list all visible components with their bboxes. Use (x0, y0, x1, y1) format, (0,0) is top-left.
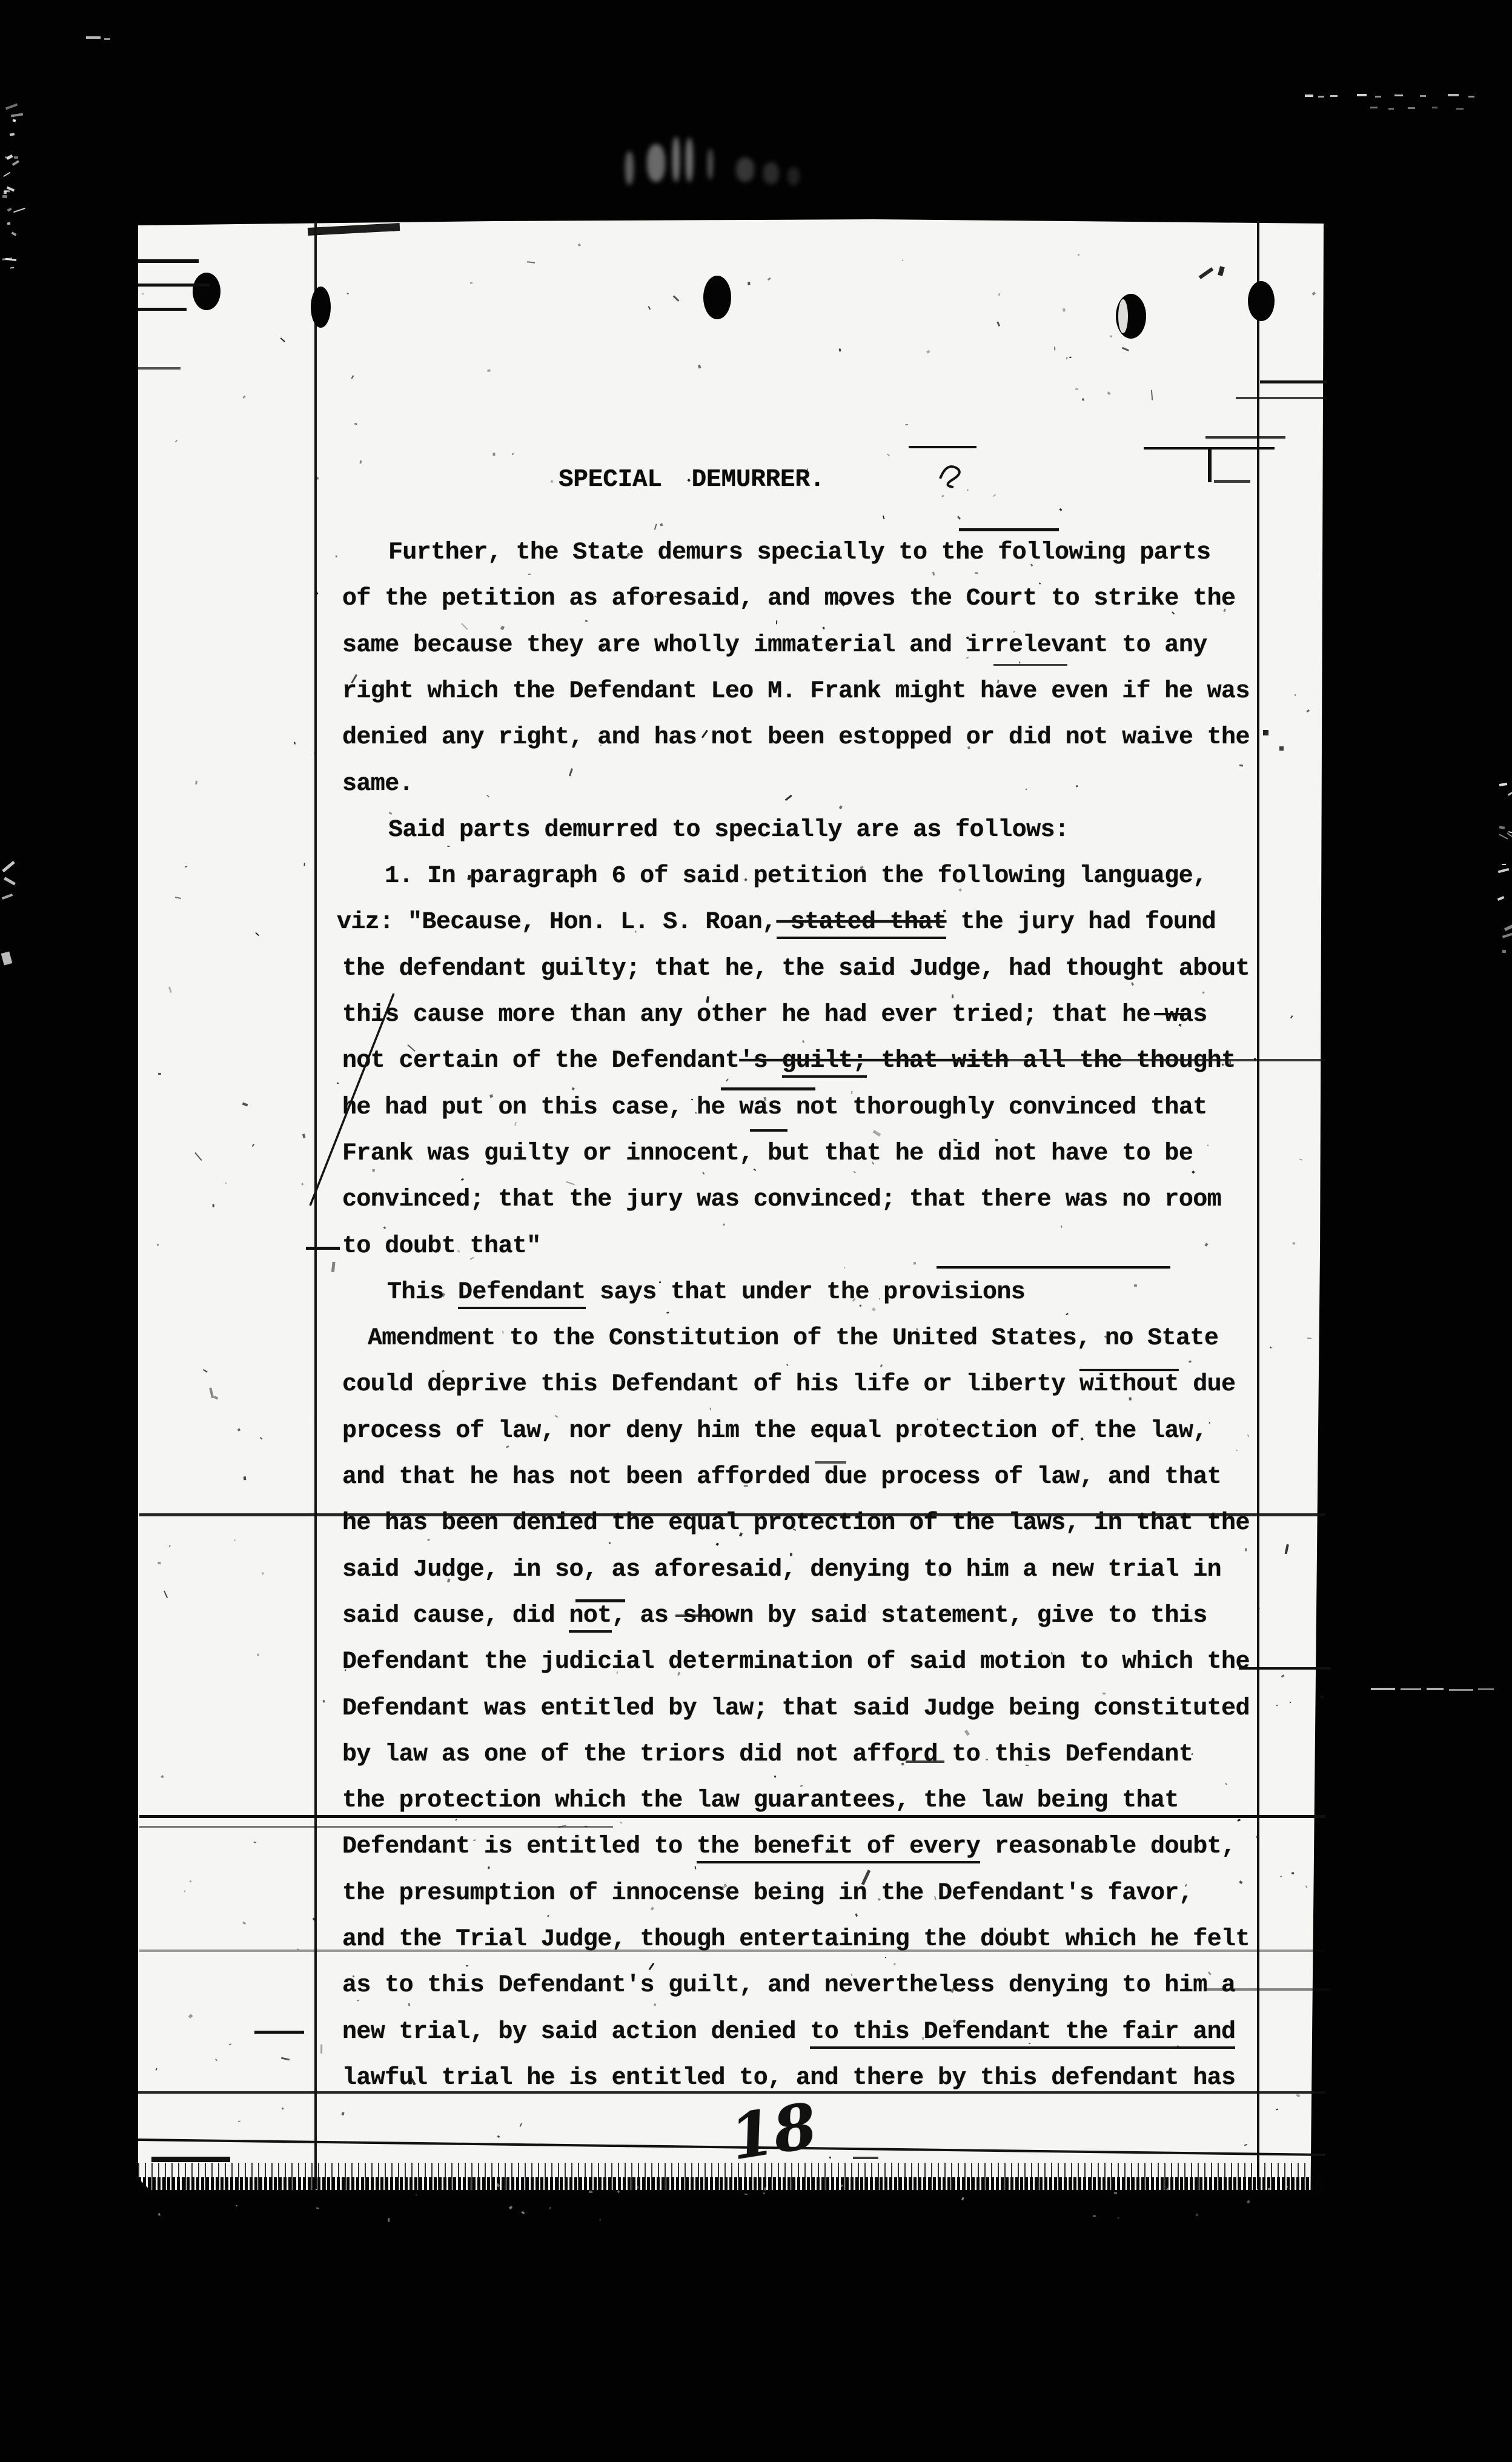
film-dust (388, 2218, 390, 2221)
film-dust (158, 2213, 161, 2216)
scan-artifact (1401, 1688, 1421, 1690)
paper-speck (744, 1485, 748, 1487)
scan-artifact (937, 1266, 1170, 1269)
film-dust (1196, 2214, 1199, 2217)
ghost-header-glyph (763, 162, 779, 184)
scan-artifact (1427, 1688, 1444, 1690)
scan-artifact (1205, 1988, 1330, 1991)
paper-speck (376, 1192, 377, 1195)
paper-speck (335, 556, 337, 557)
scan-artifact (1449, 1689, 1473, 1691)
scan-artifact (1456, 108, 1464, 110)
paper-speck (953, 1138, 957, 1141)
film-dust (1093, 2215, 1096, 2217)
scan-artifact (306, 1247, 340, 1250)
scan-artifact (1420, 95, 1426, 97)
scan-artifact (139, 1826, 613, 1828)
paper-speck (465, 1965, 468, 1966)
paper-speck (1053, 347, 1055, 350)
paper-speck (1292, 1241, 1295, 1244)
scan-artifact (853, 2157, 878, 2159)
paper-speck (315, 1421, 317, 1423)
scan-artifact (1260, 380, 1327, 383)
paper-speck (952, 995, 953, 998)
paper-speck (1307, 1337, 1311, 1338)
scan-artifact (1478, 1688, 1494, 1690)
scan-artifact (1388, 108, 1394, 110)
scan-artifact (1448, 94, 1459, 96)
ghost-header-glyph (708, 149, 713, 179)
paper-speck (528, 574, 530, 575)
paper-speck (901, 1762, 904, 1765)
paper-speck (698, 365, 701, 368)
paper-speck (447, 846, 450, 848)
paper-speck (346, 293, 348, 294)
paper-speck (812, 642, 814, 643)
paper-speck (213, 1204, 214, 1207)
paper-speck (710, 1408, 712, 1410)
scan-artifact (138, 284, 210, 287)
paper-speck (834, 1286, 836, 1288)
ghost-header-glyph (647, 144, 665, 182)
bottom-rule-mark (138, 2140, 1325, 2155)
paper-speck (995, 1138, 998, 1141)
paper-speck (609, 1542, 610, 1544)
paper-speck (930, 973, 932, 975)
paper-speck (1004, 1927, 1006, 1930)
paper-speck (158, 1073, 161, 1075)
scan-artifact (138, 367, 181, 370)
scan-artifact (1330, 95, 1338, 97)
paper-speck (1189, 1360, 1192, 1362)
scan-artifact (721, 1087, 815, 1090)
scan-artifact (993, 664, 1067, 666)
scan-artifact (1279, 746, 1284, 751)
diagonal-slash-mark (310, 994, 394, 1206)
scan-artifact (86, 36, 101, 39)
ghost-header-glyph (686, 138, 693, 182)
paper-speck (1239, 765, 1243, 767)
paper-speck (815, 1843, 818, 1845)
scan-artifact (815, 1461, 846, 1464)
paper-speck (1029, 2042, 1031, 2044)
scan-artifact (1432, 107, 1437, 108)
paper-speck (790, 1553, 792, 1556)
film-dust (589, 2191, 592, 2193)
scan-artifact (139, 1815, 1325, 1818)
film-dust (416, 2194, 417, 2195)
paper-speck (225, 1182, 227, 1184)
scan-artifact (138, 308, 187, 311)
paper-speck (438, 1893, 440, 1894)
scan-artifact (138, 259, 199, 263)
paper-speck (838, 348, 841, 351)
paper-speck (408, 2003, 410, 2006)
paper-speck (234, 1539, 236, 1541)
paper-speck (372, 1169, 374, 1172)
paper-speck (316, 477, 319, 480)
ghost-header-glyph (625, 151, 634, 185)
ghost-header-glyph (736, 158, 754, 182)
scan-artifact (139, 1513, 1325, 1516)
scan-artifact (1394, 95, 1403, 96)
scan-artifact (575, 1599, 625, 1602)
paper-speck (320, 2045, 322, 2054)
scan-artifact (138, 2091, 1325, 2094)
paper-speck (748, 282, 750, 285)
paper-speck (660, 523, 663, 526)
paper-speck (1129, 1398, 1132, 1401)
scan-artifact (1318, 96, 1324, 98)
scan-artifact (959, 528, 1059, 531)
paper-speck (184, 1890, 185, 1892)
scan-artifact (1154, 1013, 1190, 1015)
scan-artifact (1214, 480, 1250, 483)
scan-artifact (750, 1129, 787, 1132)
scan-artifact (1239, 1667, 1331, 1670)
scan-artifact (1408, 107, 1415, 109)
paper-speck (1294, 694, 1296, 695)
film-edge-mark (7, 222, 10, 225)
scan-artifact (1205, 436, 1285, 439)
paper-speck (1110, 335, 1112, 337)
scan-artifact (1468, 96, 1474, 98)
paper-speck (585, 1826, 588, 1827)
scan-artifact (906, 1760, 944, 1763)
scan-artifact (1375, 96, 1381, 98)
scan-artifact (1208, 450, 1212, 482)
paper-speck (975, 572, 978, 574)
scan-artifact (151, 2157, 230, 2162)
microfilm-scan-page: SPECIAL DEMURRER. Further, the State dem… (0, 0, 1512, 2462)
scan-artifact (909, 446, 976, 448)
scan-artifact (1263, 730, 1268, 735)
paper-speck (493, 453, 496, 456)
ghost-header-glyph (787, 167, 800, 185)
paper-speck (1291, 1873, 1294, 1874)
film-dust (1114, 2192, 1117, 2195)
paper-speck (342, 2112, 345, 2115)
paper-speck (775, 620, 777, 624)
scan-artifact (1236, 397, 1327, 399)
paper-speck (417, 649, 419, 651)
paper-speck (1245, 1548, 1247, 1551)
scan-artifact (1357, 94, 1367, 96)
film-dust (549, 2207, 551, 2209)
scan-artifact (1371, 1688, 1395, 1690)
paper-speck (913, 1262, 916, 1264)
film-edge-mark (1502, 950, 1506, 953)
paper-speck (723, 1224, 725, 1226)
scan-artifact (254, 2031, 304, 2034)
scan-artifact (675, 1614, 715, 1617)
scan-artifact (1370, 107, 1378, 108)
scan-artifact (1305, 95, 1313, 97)
paper-speck (575, 1381, 577, 1384)
paper-speck (774, 1776, 775, 1778)
film-edge-mark (2, 195, 8, 198)
film-edge-mark (1502, 864, 1506, 866)
paper-speck (1254, 1058, 1256, 1061)
film-bottom-black (0, 2194, 1512, 2462)
paper-speck (244, 1476, 247, 1480)
film-edge-mark (14, 156, 18, 159)
film-dust (763, 2192, 764, 2194)
scan-artifact (104, 38, 110, 40)
paper-speck (725, 1470, 727, 1472)
film-dust (764, 2187, 767, 2190)
ghost-header-glyph (672, 137, 680, 182)
scan-artifact (945, 1059, 1325, 1061)
paper-speck (1281, 1876, 1282, 1877)
scan-artifact (139, 1949, 1324, 1952)
handwritten-scribble-mark (940, 466, 960, 487)
